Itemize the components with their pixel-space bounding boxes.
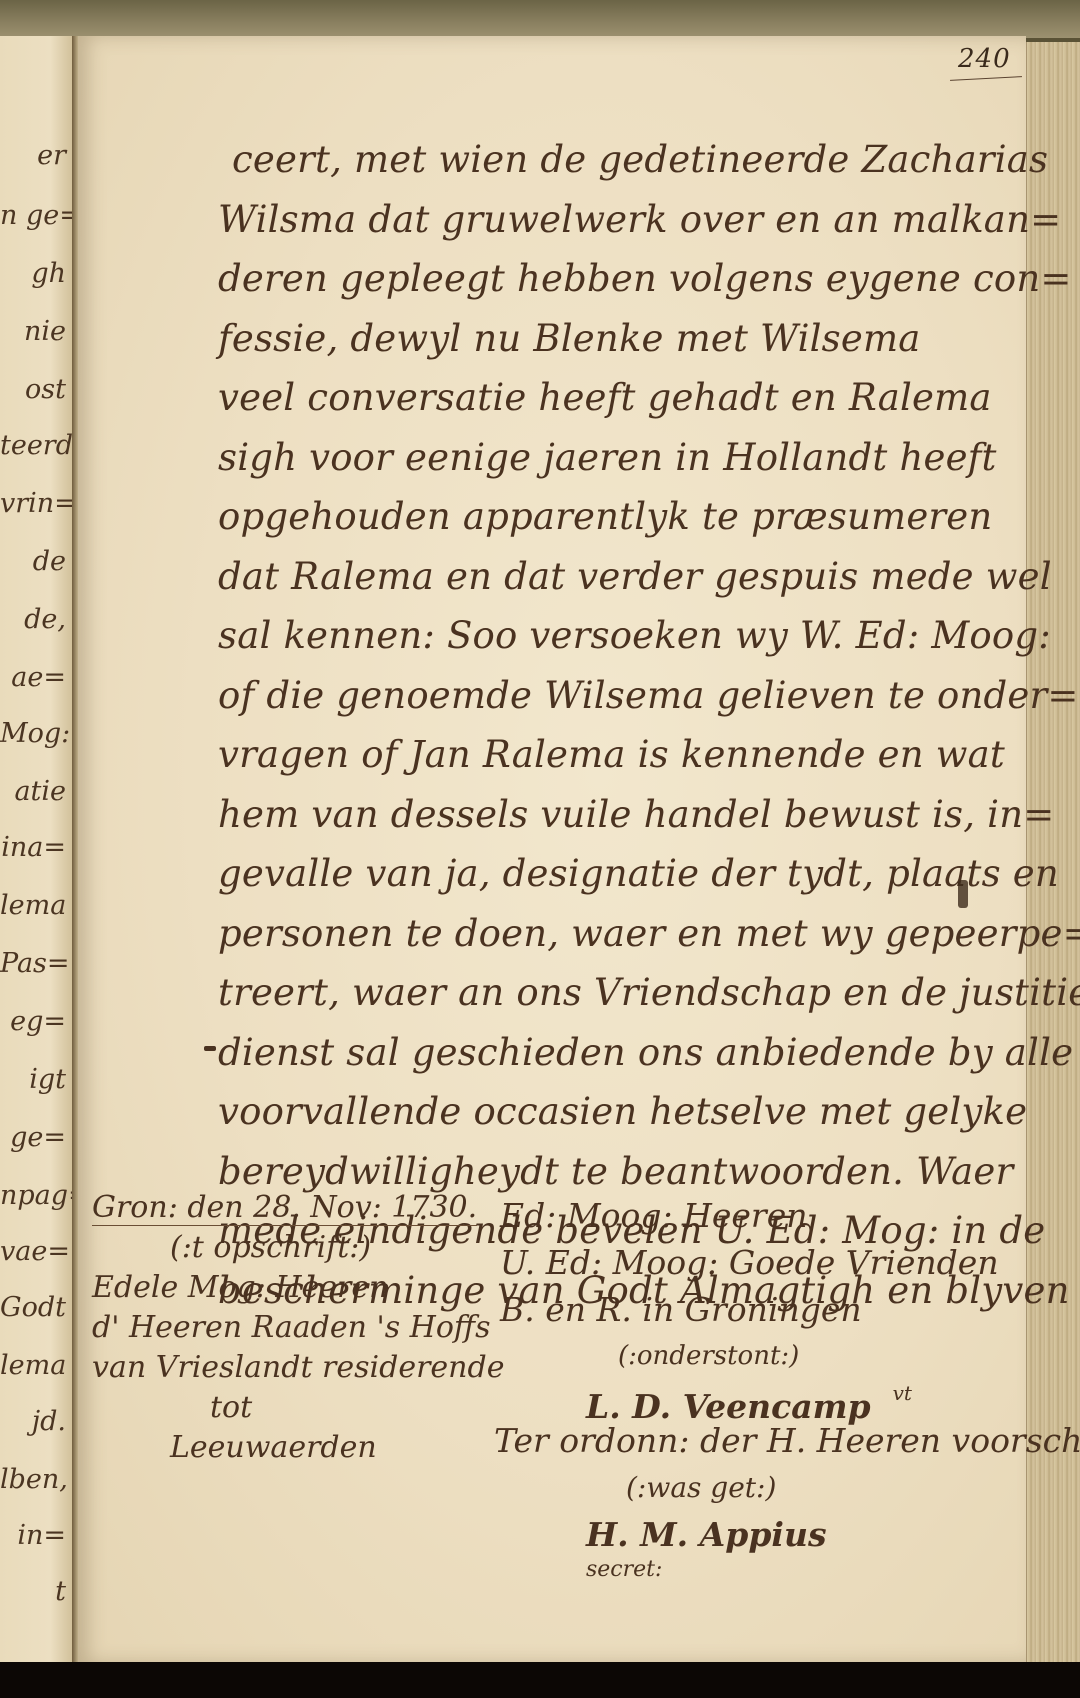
address-line: Edele Mog: Heeren [92,1268,472,1308]
left-page-fragment: lben, [0,1464,72,1495]
body-line: treert, waer an ons Vriendschap en de ju… [218,963,1018,1023]
left-page-fragment: in= [0,1520,72,1551]
left-page-fragment: t [0,1576,72,1607]
left-page-fragment: Pas= [0,948,72,979]
left-page-fragment: vae= [0,1236,72,1267]
left-page-text-fragments: ern ge=ghnieostteerdvrin=dede,ae=Mog:ati… [0,36,72,1663]
body-line: hem van dessels vuile handel bewust is, … [218,785,1018,845]
left-page-fragment: Mog: [0,718,72,749]
left-page-fragment: ge= [0,1122,72,1153]
page-number: 240 [958,44,1011,74]
left-page-fragment: npag= [0,1180,72,1211]
left-page-fragment: lema [0,890,72,921]
address-line: d' Heeren Raaden 's Hoffs [92,1308,472,1348]
left-page-fragment: nie [0,316,72,347]
body-line: sigh voor eenige jaeren in Hollandt heef… [218,428,1018,488]
signer-line: L. D. Veencampvt [508,1370,1028,1417]
body-line: deren gepleegt hebben volgens eygene con… [218,249,1018,309]
margin-dash-mark [204,1046,216,1051]
body-line: gevalle van ja, designatie der tydt, pla… [218,844,1018,904]
date-line: Gron: den 28. Nov: 1730. [92,1188,472,1228]
secretary-name: H. M. Appius [586,1515,827,1554]
book-top-edge [0,0,1080,38]
book-bottom-edge [0,1662,1080,1698]
left-page-fragment: atie [0,776,72,807]
letter-body: ceert, met wien de gedetineerde Zacharia… [218,130,1018,1320]
closing-line: U. Ed: Moog: Goede Vrienden [500,1239,1020,1286]
left-page-edge: ern ge=ghnieostteerdvrin=dede,ae=Mog:ati… [0,36,74,1663]
left-page-fragment: de, [0,604,72,635]
left-page-fragment: Godt [0,1292,72,1323]
closing-line: B. en R. in Groningen [500,1286,1020,1333]
dateline-and-address: Gron: den 28. Nov: 1730. (:t opschrift:)… [92,1188,472,1468]
body-line: vragen of Jan Ralema is kennende en wat [218,725,1018,785]
address-line: van Vrieslandt residerende [92,1348,472,1388]
left-page-fragment: er [0,140,72,171]
left-page-fragment: ae= [0,662,72,693]
signer-suffix: vt [871,1381,912,1405]
superscription-label: (:t opschrift:) [92,1228,472,1268]
left-page-fragment: n ge= [0,200,72,231]
was-signed-label: (:was get:) [508,1464,1028,1511]
body-line: opgehouden apparentlyk te præsumeren [218,487,1018,547]
left-page-fragment: jd. [0,1406,72,1437]
body-line: fessie, dewyl nu Blenke met Wilsema [218,309,1018,369]
body-line: dat Ralema en dat verder gespuis mede we… [218,547,1018,607]
ink-blot-mark [958,880,968,908]
body-line: of die genoemde Wilsema gelieven te onde… [218,666,1018,726]
secretary-title: secret: [508,1558,1028,1598]
signature-block: L. D. Veencampvt Ter ordonn: der H. Heer… [508,1370,1028,1598]
left-page-fragment: vrin= [0,488,72,519]
closing-line: Ed: Moog: Heeren [500,1192,1020,1239]
body-line: personen te doen, waer en met wy gepeerp… [218,904,1018,964]
body-line: voorvallende occasien hetselve met gelyk… [218,1082,1018,1142]
left-page-fragment: de [0,546,72,577]
body-line: ceert, met wien de gedetineerde Zacharia… [218,130,1018,190]
secretary-line: H. M. Appius [508,1511,1028,1558]
body-line: veel conversatie heeft gehadt en Ralema [218,368,1018,428]
left-page-fragment: igt [0,1064,72,1095]
body-line: sal kennen: Soo versoeken wy W. Ed: Moog… [218,606,1018,666]
body-line: dienst sal geschieden ons anbiedende by … [218,1023,1018,1083]
left-page-fragment: teerd [0,430,72,461]
left-page-fragment: ina= [0,832,72,863]
order-line: Ter ordonn: der H. Heeren voorsch= [494,1417,1028,1464]
date-text: Gron: den 28. Nov: 1730. [92,1190,477,1226]
left-page-fragment: eg= [0,1006,72,1037]
left-page-fragment: lema [0,1350,72,1381]
address-line: Leeuwaerden [92,1428,472,1468]
body-line: Wilsma dat gruwelwerk over en an malkan= [218,190,1018,250]
left-page-fragment: gh [0,258,72,289]
address-line: tot [92,1388,472,1428]
left-page-fragment: ost [0,374,72,405]
closing-salutation: Ed: Moog: Heeren U. Ed: Moog: Goede Vrie… [500,1192,1020,1380]
